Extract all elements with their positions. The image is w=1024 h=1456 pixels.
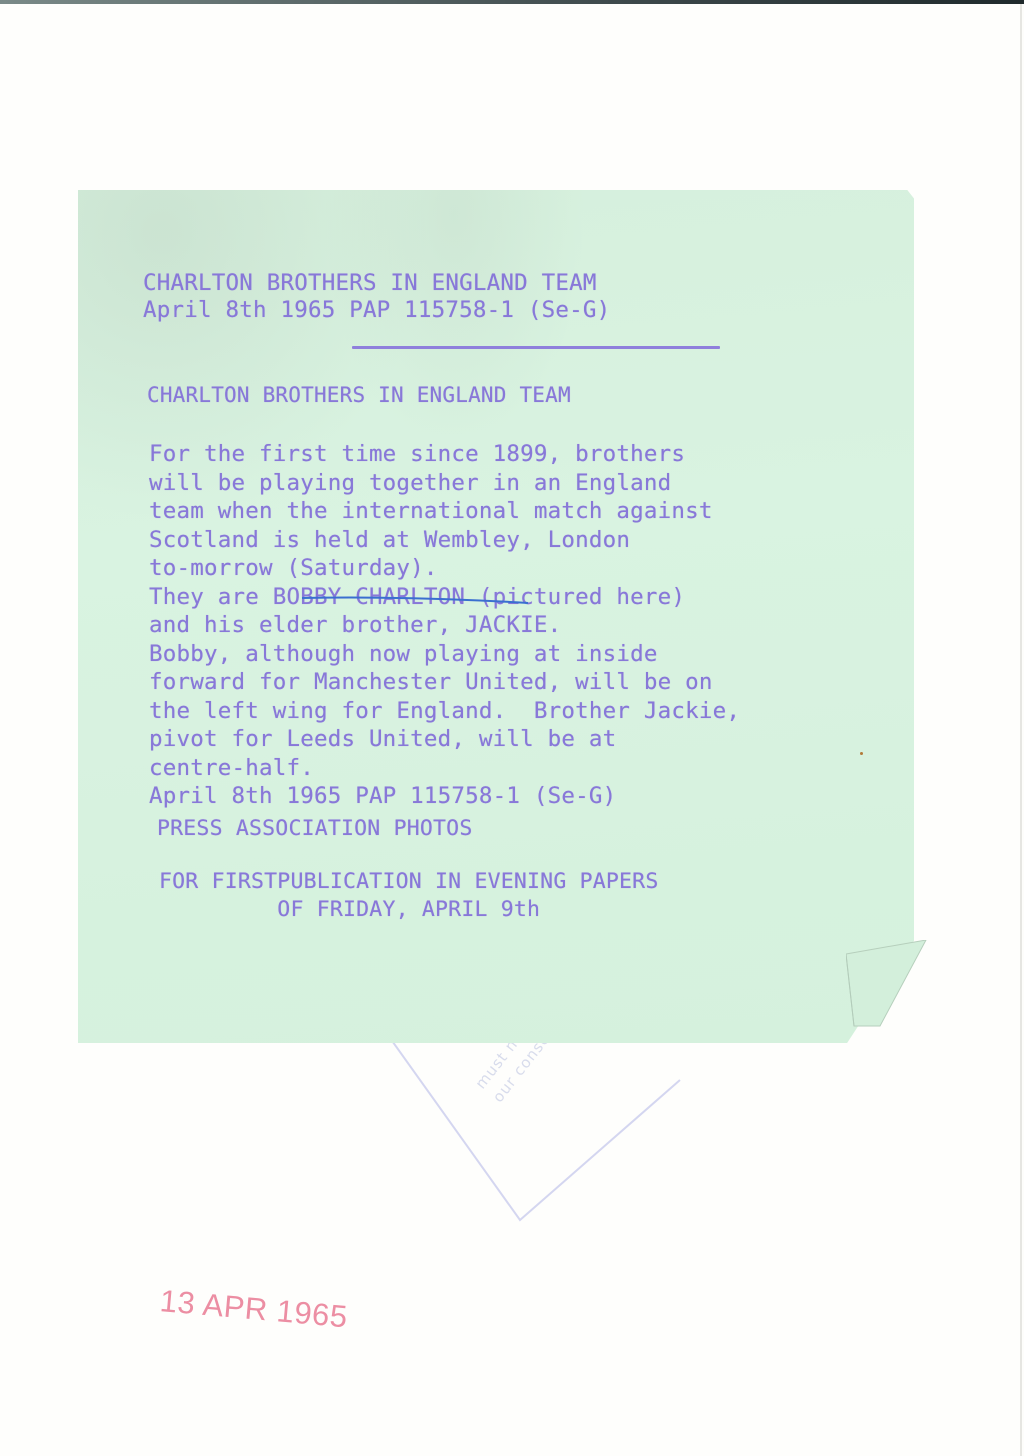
body-line: Scotland is held at Wembley, London xyxy=(149,527,630,553)
header-title: CHARLTON BROTHERS IN ENGLAND TEAM xyxy=(143,270,597,296)
release-notice: FOR FIRSTPUBLICATION IN EVENING PAPERS O… xyxy=(159,868,658,924)
caption-body: For the first time since 1899, brothers … xyxy=(149,440,740,811)
release-line: FOR FIRSTPUBLICATION IN EVENING PAPERS xyxy=(159,869,658,894)
body-line: will be playing together in an England xyxy=(149,470,671,496)
body-line: April 8th 1965 PAP 115758-1 (Se-G) xyxy=(149,783,616,809)
body-line: forward for Manchester United, will be o… xyxy=(149,669,713,695)
body-line: For the first time since 1899, brothers xyxy=(149,441,685,467)
body-line: pivot for Leeds United, will be at xyxy=(149,726,616,752)
body-line: the left wing for England. Brother Jacki… xyxy=(149,698,740,724)
ink-speck xyxy=(860,752,863,755)
agency-line: PRESS ASSOCIATION PHOTOS xyxy=(157,815,472,842)
body-line: Bobby, although now playing at inside xyxy=(149,641,658,667)
subheading: CHARLTON BROTHERS IN ENGLAND TEAM xyxy=(147,382,571,409)
header-rule xyxy=(352,346,720,349)
pen-underline xyxy=(300,595,532,605)
header-reference: April 8th 1965 PAP 115758-1 (Se-G) xyxy=(143,297,610,323)
note-header: CHARLTON BROTHERS IN ENGLAND TEAM April … xyxy=(143,270,610,324)
body-line: centre-half. xyxy=(149,755,314,781)
body-line: team when the international match agains… xyxy=(149,498,713,524)
release-line: OF FRIDAY, APRIL 9th xyxy=(159,897,540,922)
body-line: to-morrow (Saturday). xyxy=(149,555,438,581)
body-line: and his elder brother, JACKIE. xyxy=(149,612,561,638)
